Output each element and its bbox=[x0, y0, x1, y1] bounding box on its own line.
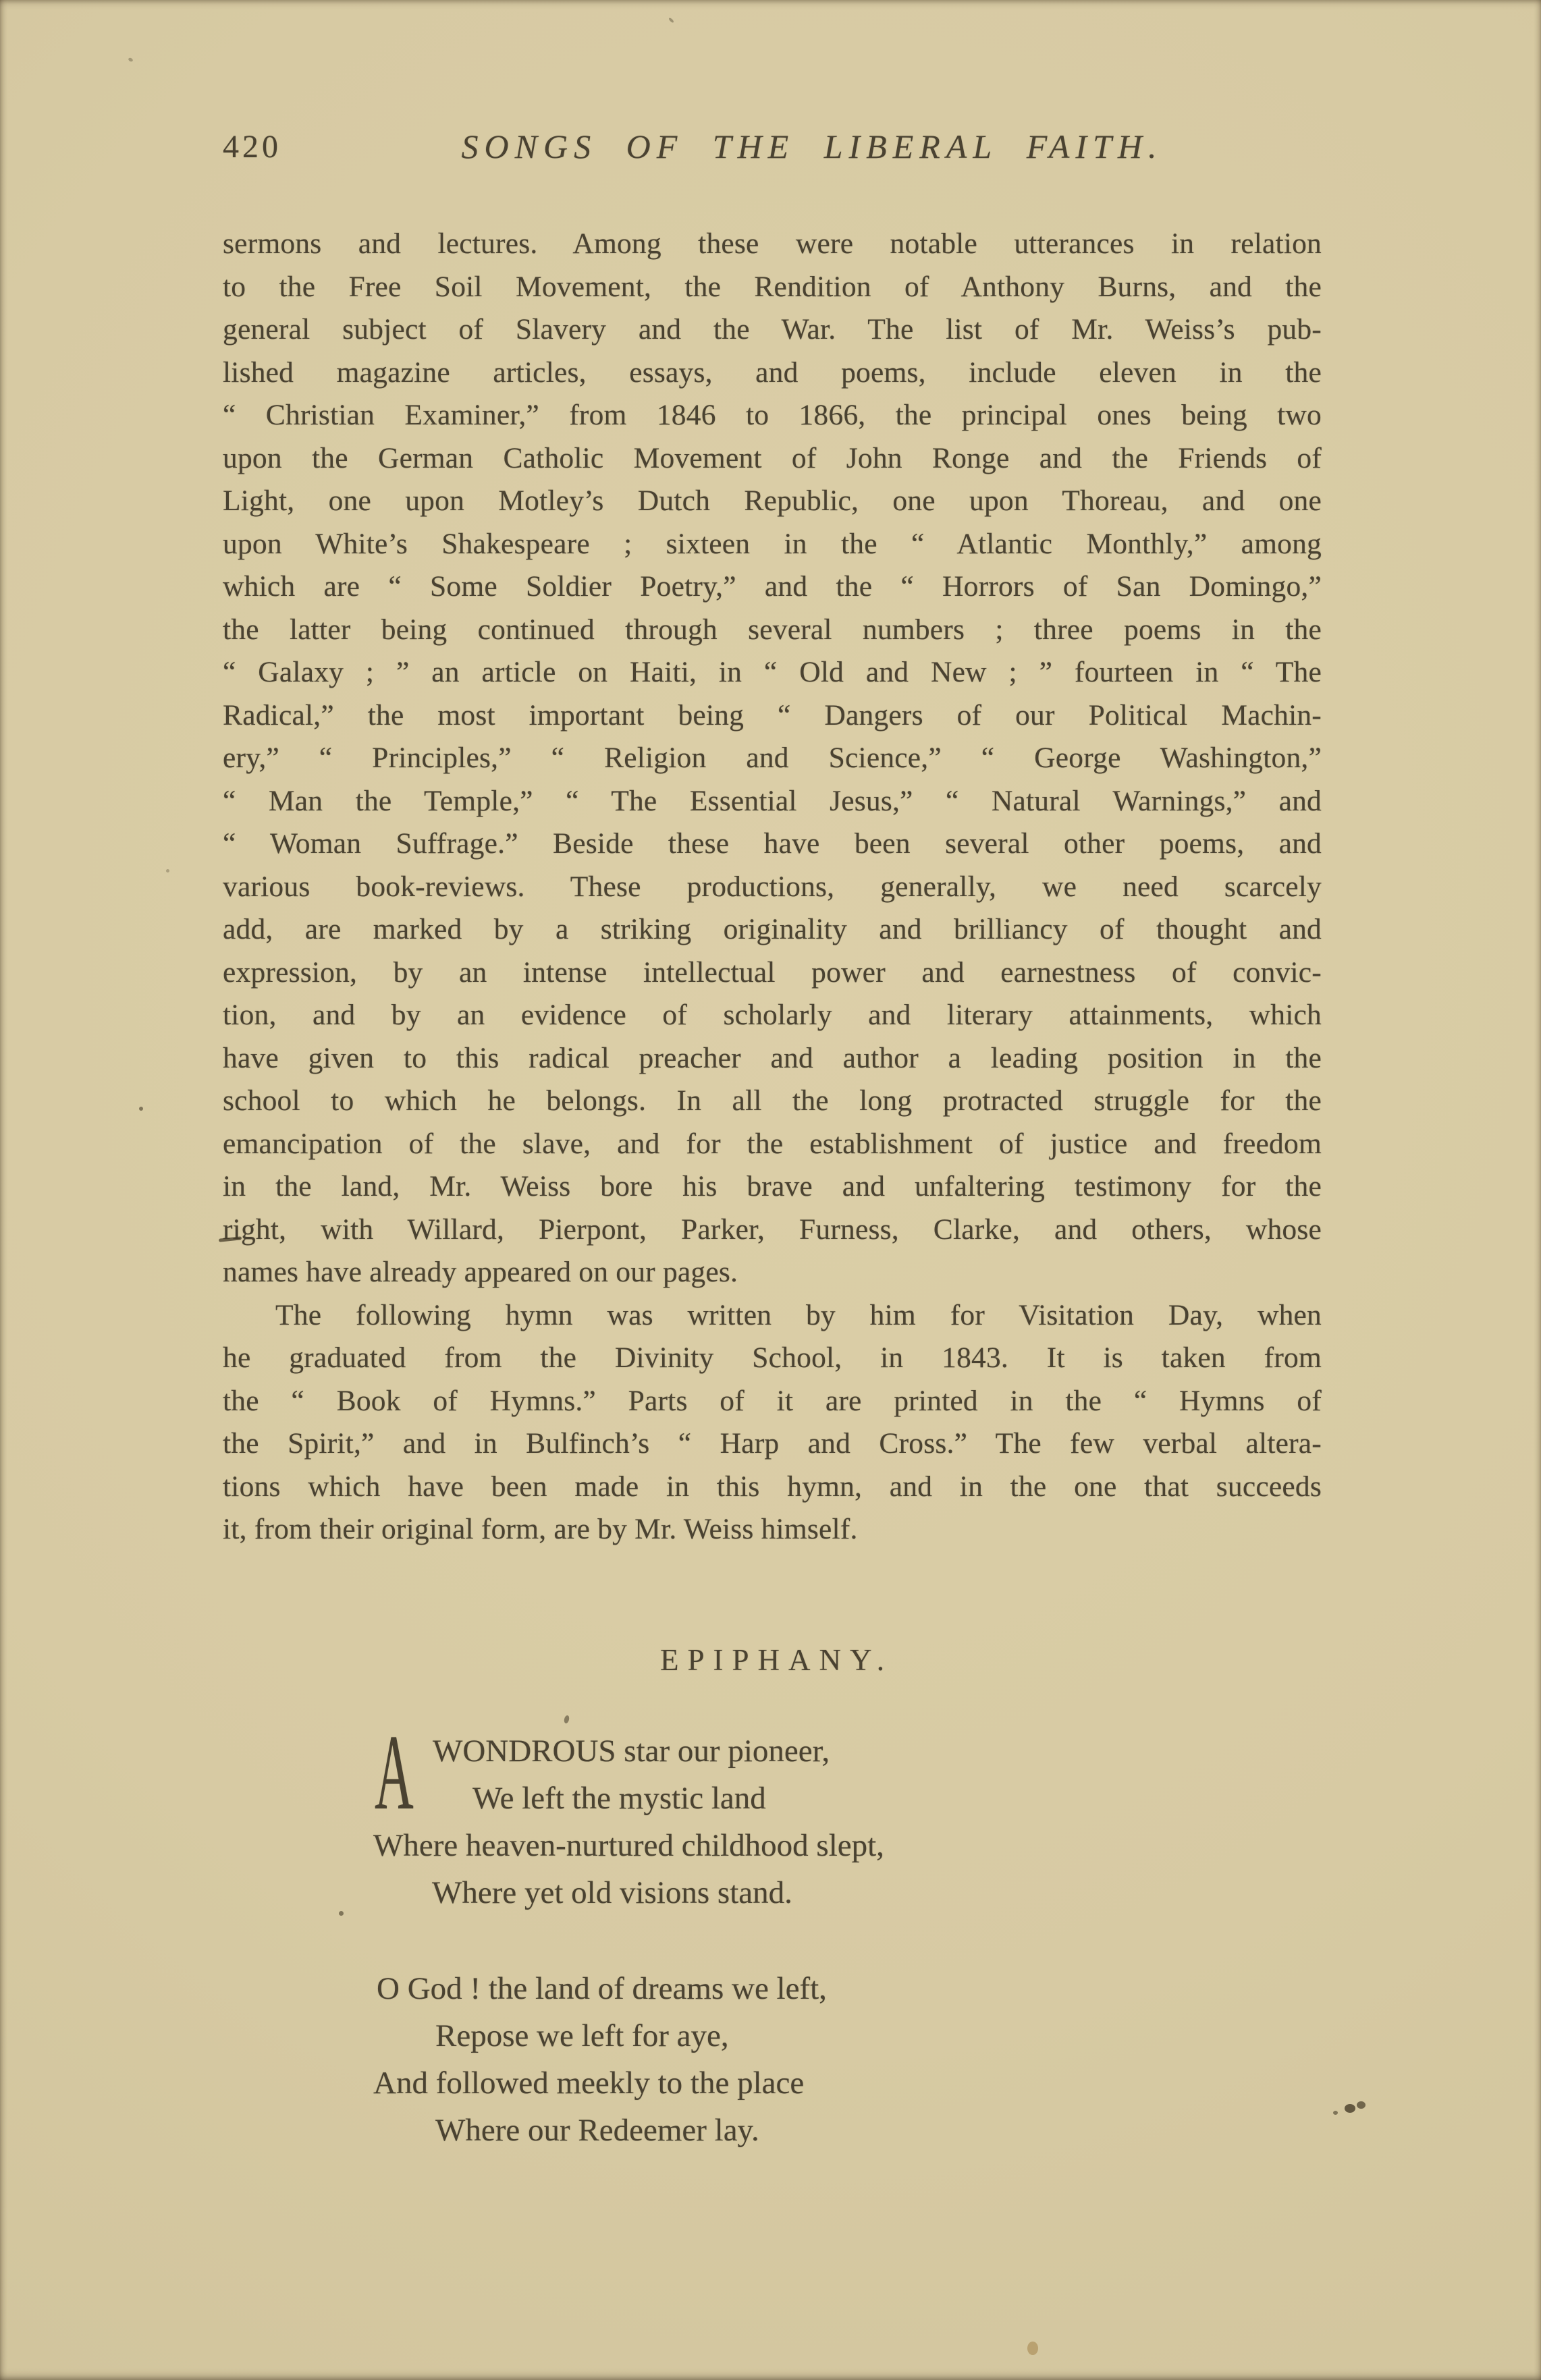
poem-line: We left the mystic land bbox=[472, 1775, 1404, 1822]
ink-speck bbox=[339, 1911, 344, 1916]
ink-blot bbox=[1345, 2104, 1355, 2113]
paragraph-weiss-biography: sermons and lectures. Among these were n… bbox=[223, 223, 1322, 1294]
ink-speck bbox=[564, 1715, 570, 1723]
paper-stain bbox=[1027, 2342, 1038, 2355]
page-number: 420 bbox=[223, 128, 281, 165]
ink-speck bbox=[668, 17, 674, 23]
ink-speck bbox=[128, 57, 134, 63]
hymn-epiphany: A WONDROUS star our pioneer, We left the… bbox=[223, 1727, 1404, 2154]
poem-line: Where our Redeemer lay. bbox=[435, 2107, 1404, 2154]
ink-blot bbox=[1357, 2101, 1366, 2109]
paragraph-hymn-introduction: The following hymn was written by him fo… bbox=[223, 1294, 1322, 1551]
poem-line: WONDROUS star our pioneer, bbox=[433, 1727, 1404, 1775]
ink-speck bbox=[166, 869, 169, 873]
hymn-title: EPIPHANY. bbox=[223, 1645, 1322, 1676]
poem-line: Where yet old visions stand. bbox=[432, 1869, 1404, 1916]
drop-cap-letter: A bbox=[375, 1718, 414, 1826]
scanned-book-page: 420 SONGS OF THE LIBERAL FAITH. sermons … bbox=[0, 0, 1541, 2380]
running-title: SONGS OF THE LIBERAL FAITH. bbox=[462, 127, 1163, 166]
poem-line: O God ! the land of dreams we left, bbox=[377, 1965, 1404, 2012]
poem-line: And followed meekly to the place bbox=[373, 2059, 1404, 2107]
poem-line: Repose we left for aye, bbox=[435, 2012, 1404, 2059]
ink-speck bbox=[1333, 2111, 1338, 2115]
ink-speck bbox=[139, 1107, 143, 1111]
body-text: sermons and lectures. Among these were n… bbox=[223, 223, 1322, 1551]
poem-line: Where heaven-nurtured childhood slept, bbox=[373, 1822, 1404, 1869]
running-head: 420 SONGS OF THE LIBERAL FAITH. bbox=[223, 127, 1323, 170]
